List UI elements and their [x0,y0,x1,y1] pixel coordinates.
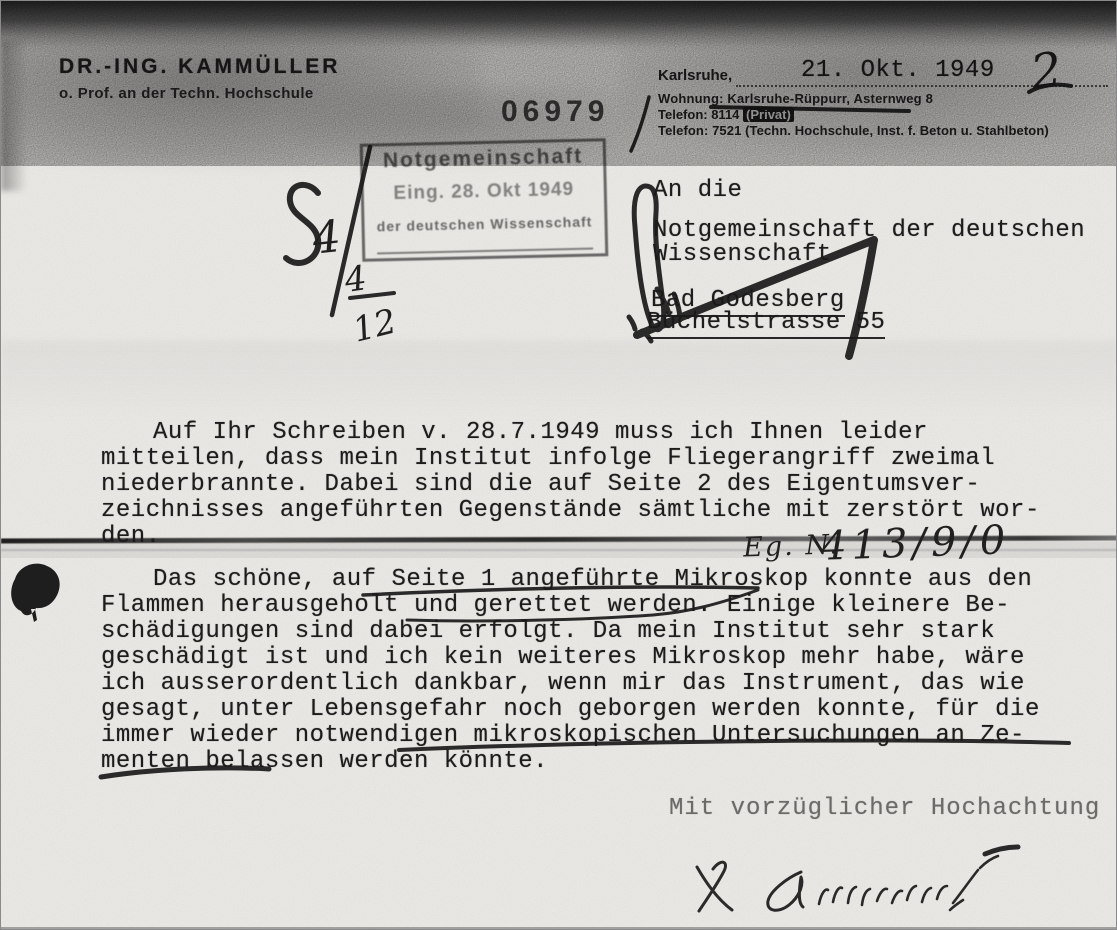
dotted-leader-line [736,65,1108,87]
body-line: mitteilen, dass mein Institut infolge Fl… [101,445,995,472]
phone-private-number: Telefon: 8114 [658,107,739,122]
stamp-line-3: der deutschen Wissenschaft [364,213,604,234]
file-mark-number: 4 [309,211,343,265]
fold-crease-echo [1,549,1117,551]
body-line: Auf Ihr Schreiben v. 28.7.1949 muss ich … [153,419,928,446]
phone-private-line: Telefon: 8114 (Privat) [658,107,794,122]
body-line: geschädigt ist und ich kein weiteres Mik… [101,644,1025,671]
fraction-bar [350,293,394,298]
stamp-rule [377,248,593,255]
valediction: Mit vorzüglicher Hochachtung [669,795,1100,822]
registry-number: 06979 [501,95,609,129]
body-line: immer wieder notwendigen mikroskopischen… [101,722,1025,749]
scan-mottle [1,341,1117,421]
body-line: niederbrannte. Dabei sind die auf Seite … [101,471,980,498]
phone-private-label: (Privat) [743,107,794,122]
fraction-numerator: 4 [341,258,369,301]
body-line: Flammen herausgeholt und gerettet werden… [101,592,1010,619]
received-stamp: Notgemeinschaft Eing. 28. Okt 1949 der d… [360,138,609,262]
letterhead-name: DR.-ING. KAMMÜLLER [59,55,340,79]
recipient-street: Büchelstrasse 55 [647,309,885,336]
ink-blot [11,564,59,622]
body-line: ich ausserordentlich dankbar, wenn mir d… [101,670,1025,697]
file-mark-s-stroke [286,185,318,263]
signature-scrawl [697,847,1018,911]
dateline-city: Karlsruhe, [658,67,732,84]
phone-office-line: Telefon: 7521 (Techn. Hochschule, Inst. … [658,123,1049,138]
body-line: gesagt, unter Lebensgefahr noch geborgen… [101,696,1040,723]
letterhead-title: o. Prof. an der Techn. Hochschule [59,85,314,102]
scan-bottom-edge [1,927,1116,929]
salutation: An die [653,177,742,204]
body-line: zeichnisses angeführten Gegenstände sämt… [101,497,1040,524]
stamp-line-1: Notgemeinschaft [363,144,603,173]
recipient-org-line-2: Wissenschaft [653,241,832,268]
residence-line: Wohnung: Karlsruhe-Rüppurr, Asternweg 8 [658,91,933,106]
scanned-letter-page: DR.-ING. KAMMÜLLER o. Prof. an der Techn… [0,0,1117,930]
body-line: den. [101,523,161,550]
body-line: Das schöne, auf Seite 1 angeführte Mikro… [153,566,1032,593]
recipient-org-line-1: Notgemeinschaft der deutschen [653,217,1085,244]
stamp-line-2: Eing. 28. Okt 1949 [364,178,604,205]
body-line: menten belassen werden könnte. [101,748,548,775]
body-line: schädigungen sind dabei erfolgt. Da mein… [101,618,995,645]
